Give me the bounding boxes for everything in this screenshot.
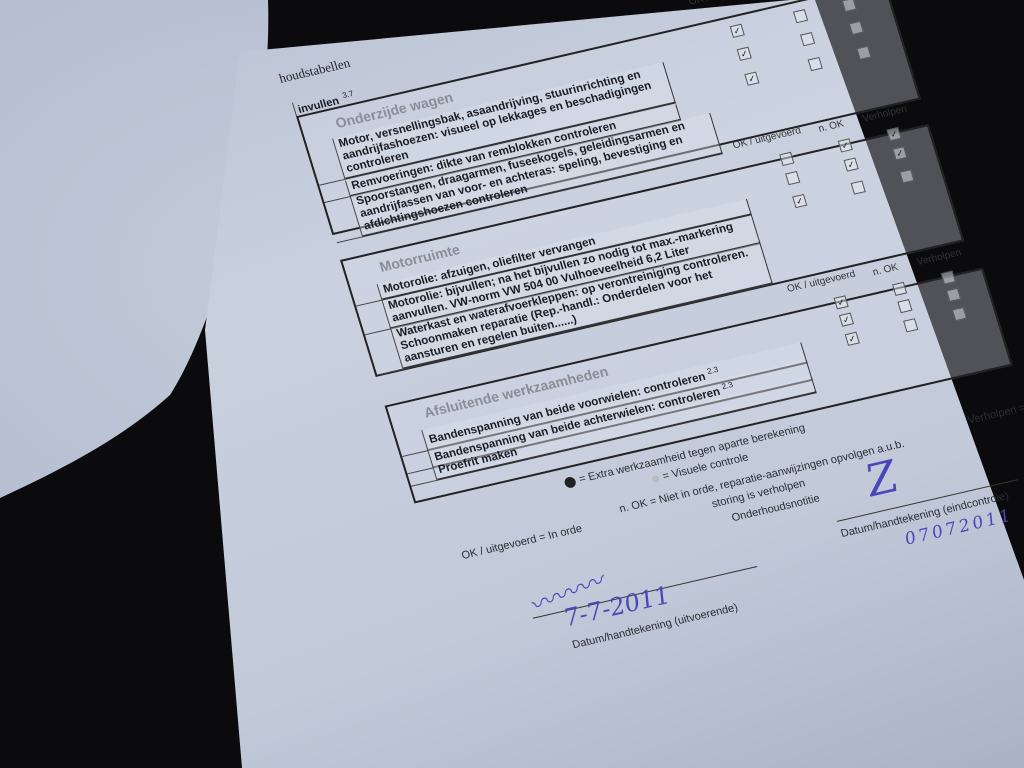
checkbox-fixed[interactable]: ✓ — [886, 127, 901, 141]
checkbox-nok[interactable]: ✓ — [844, 157, 859, 171]
checkbox-fixed[interactable] — [856, 46, 871, 60]
filled-dot-icon — [563, 476, 577, 489]
checkbox-nok[interactable] — [892, 282, 907, 296]
visual-check-icon — [651, 475, 660, 483]
checkbox-fixed[interactable] — [946, 288, 961, 302]
row-ref: 2.3 — [721, 380, 734, 391]
checkbox-fixed[interactable]: ✓ — [892, 146, 907, 160]
checkbox-ok[interactable]: ✓ — [744, 72, 759, 86]
checkbox-ok[interactable]: ✓ — [834, 295, 849, 309]
legend-fixed: Verholpen = De — [966, 398, 1024, 427]
checkbox-fixed[interactable] — [941, 271, 956, 285]
row-ref: 2.3 — [706, 365, 719, 376]
signature-right: Z — [860, 451, 905, 507]
checkbox-ok[interactable]: ✓ — [839, 313, 854, 327]
checkbox-ok[interactable] — [785, 171, 800, 185]
checkbox-nok[interactable] — [800, 32, 815, 46]
checkbox-fixed[interactable] — [952, 307, 967, 321]
legend-ok: OK / uitgevoerd = In orde — [460, 523, 584, 562]
checkbox-ok[interactable]: ✓ — [737, 47, 752, 61]
checkbox-ok[interactable]: ✓ — [792, 194, 807, 208]
subheader-ref: 3.7 — [341, 89, 354, 100]
form-title: houdstabellen — [277, 55, 352, 87]
checkbox-fixed[interactable] — [899, 169, 914, 183]
checkbox-nok[interactable] — [897, 299, 912, 313]
checkbox-fixed[interactable] — [842, 0, 857, 12]
checkbox-ok[interactable]: ✓ — [845, 332, 860, 346]
checkbox-nok[interactable] — [793, 9, 808, 23]
col-header-nok: n. OK — [864, 260, 906, 280]
checkbox-ok[interactable]: ✓ — [730, 24, 745, 38]
checkbox-fixed[interactable] — [849, 21, 864, 35]
checkbox-nok[interactable]: ✓ — [838, 138, 853, 152]
checkbox-nok[interactable] — [851, 180, 866, 194]
checkbox-nok[interactable] — [808, 57, 823, 71]
checkbox-ok[interactable] — [779, 152, 794, 166]
col-header-ok: OK / uitgevoerd — [687, 0, 758, 8]
checkbox-nok[interactable] — [903, 318, 918, 332]
